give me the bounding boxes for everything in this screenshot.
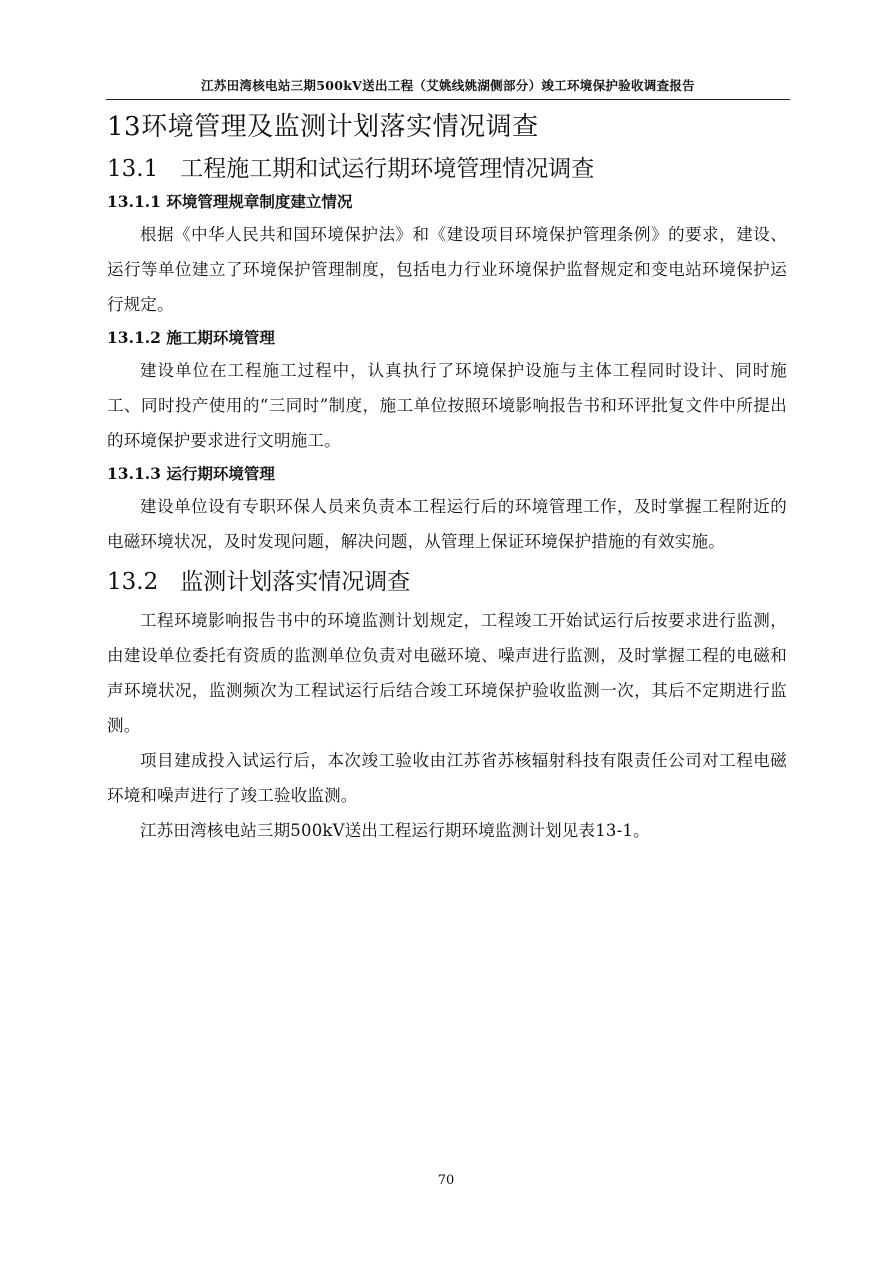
- running-header: 江苏田湾核电站三期500kV送出工程（艾姚线姚湖侧部分）竣工环境保护验收调查报告: [106, 76, 790, 94]
- subsection-13-1-1-title: 13.1.1 环境管理规章制度建立情况: [107, 190, 787, 214]
- section-number: 13.2: [107, 569, 158, 595]
- section-title-text: 工程施工期和试运行期环境管理情况调查: [180, 156, 594, 182]
- paragraph: 建设单位设有专职环保人员来负责本工程运行后的环境管理工作，及时掌握工程附近的电磁…: [107, 489, 787, 559]
- page-number: 70: [0, 1173, 892, 1188]
- paragraph: 根据《中华人民共和国环境保护法》和《建设项目环境保护管理条例》的要求，建设、运行…: [107, 217, 787, 322]
- subsection-13-1-3-title: 13.1.3 运行期环境管理: [107, 462, 787, 486]
- page-body: 13环境管理及监测计划落实情况调查 13.1工程施工期和试运行期环境管理情况调查…: [107, 108, 787, 848]
- paragraph: 建设单位在工程施工过程中，认真执行了环境保护设施与主体工程同时设计、同时施工、同…: [107, 353, 787, 458]
- section-13-2-title: 13.2监测计划落实情况调查: [107, 565, 787, 599]
- header-rule: [106, 99, 790, 100]
- subsection-13-1-2-title: 13.1.2 施工期环境管理: [107, 326, 787, 350]
- paragraph: 项目建成投入试运行后，本次竣工验收由江苏省苏核辐射科技有限责任公司对工程电磁环境…: [107, 743, 787, 813]
- section-title-text: 监测计划落实情况调查: [180, 569, 410, 595]
- section-number: 13.1: [107, 156, 158, 182]
- section-13-1-title: 13.1工程施工期和试运行期环境管理情况调查: [107, 152, 787, 186]
- paragraph: 江苏田湾核电站三期500kV送出工程运行期环境监测计划见表13-1。: [107, 813, 787, 848]
- chapter-title: 13环境管理及监测计划落实情况调查: [107, 108, 787, 146]
- paragraph: 工程环境影响报告书中的环境监测计划规定，工程竣工开始试运行后按要求进行监测，由建…: [107, 603, 787, 743]
